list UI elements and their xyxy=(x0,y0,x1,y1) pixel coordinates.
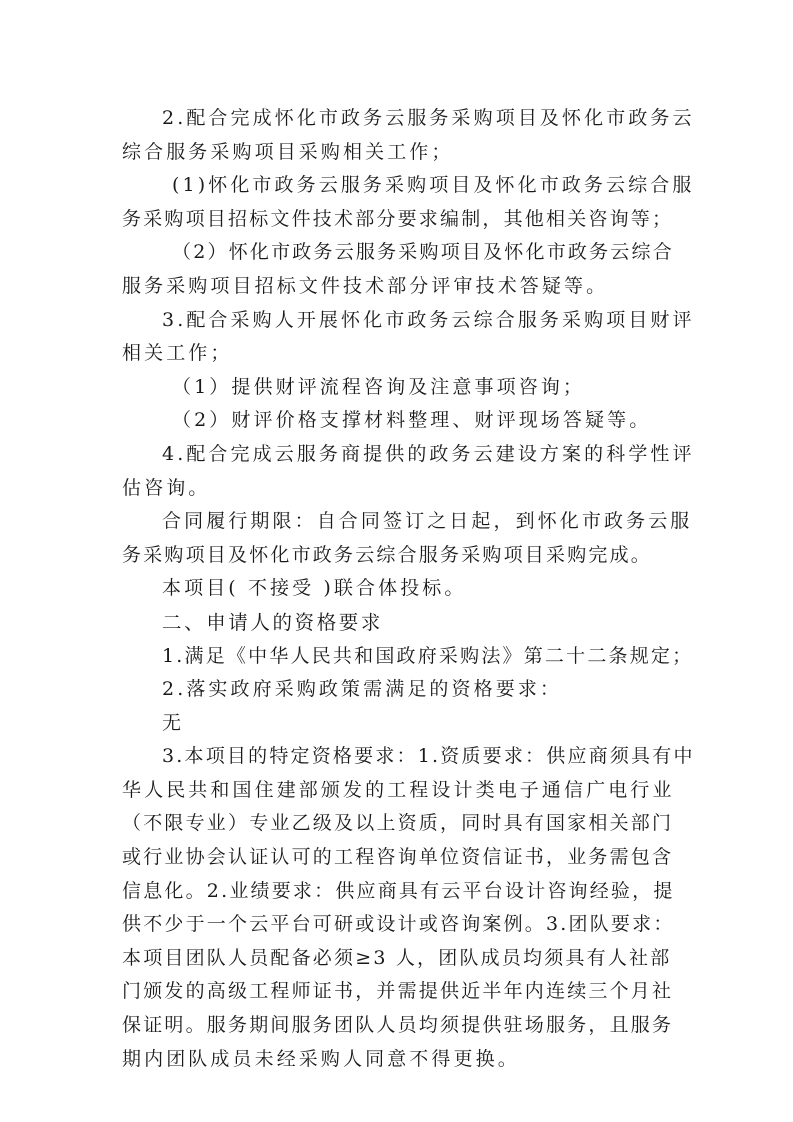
paragraph-line: 相关工作； xyxy=(122,337,674,371)
paragraph-line: 合同履行期限：自合同签订之日起，到怀化市政务云服 xyxy=(122,505,674,539)
paragraph-line: 综合服务采购项目采购相关工作； xyxy=(122,136,674,170)
paragraph-line: 保证明。服务期间服务团队人员均须提供驻场服务，且服务 xyxy=(122,1009,674,1043)
paragraph-line: 华人民共和国住建部颁发的工程设计类电子通信广电行业 xyxy=(122,774,674,808)
paragraph-line: 本项目团队人员配备必须≥3 人，团队成员均须具有人社部 xyxy=(122,942,674,976)
paragraph-line: (1)怀化市政务云服务采购项目及怀化市政务云综合服 xyxy=(122,169,674,203)
paragraph-line: 信息化。2.业绩要求：供应商具有云平台设计咨询经验，提 xyxy=(122,875,674,909)
paragraph-line: （1）提供财评流程咨询及注意事项咨询； xyxy=(122,371,674,405)
paragraph-line: 1.满足《中华人民共和国政府采购法》第二十二条规定； xyxy=(122,640,674,674)
paragraph-line: 3.配合采购人开展怀化市政务云综合服务采购项目财评 xyxy=(122,304,674,338)
paragraph-line: 务采购项目及怀化市政务云综合服务采购项目采购完成。 xyxy=(122,539,674,573)
paragraph-line: 或行业协会认证认可的工程咨询单位资信证书，业务需包含 xyxy=(122,841,674,875)
paragraph-line: 2.配合完成怀化市政务云服务采购项目及怀化市政务云 xyxy=(122,102,674,136)
paragraph-line: 务采购项目招标文件技术部分要求编制，其他相关咨询等； xyxy=(122,203,674,237)
paragraph-line: 4.配合完成云服务商提供的政务云建设方案的科学性评 xyxy=(122,438,674,472)
paragraph-line: 3.本项目的特定资格要求：1.资质要求：供应商须具有中 xyxy=(122,740,674,774)
paragraph-line: 供不少于一个云平台可研或设计或咨询案例。3.团队要求： xyxy=(122,908,674,942)
section-heading: 二、申请人的资格要求 xyxy=(122,606,674,640)
document-page: 2.配合完成怀化市政务云服务采购项目及怀化市政务云 综合服务采购项目采购相关工作… xyxy=(122,102,674,1076)
paragraph-line: 门颁发的高级工程师证书，并需提供近半年内连续三个月社 xyxy=(122,975,674,1009)
paragraph-line: 本项目( 不接受 )联合体投标。 xyxy=(122,572,674,606)
paragraph-line: 服务采购项目招标文件技术部分评审技术答疑等。 xyxy=(122,270,674,304)
paragraph-line: （不限专业）专业乙级及以上资质，同时具有国家相关部门 xyxy=(122,807,674,841)
paragraph-line: 估咨询。 xyxy=(122,472,674,506)
paragraph-line: （2）财评价格支撑材料整理、财评现场答疑等。 xyxy=(122,404,674,438)
paragraph-line: 无 xyxy=(122,707,674,741)
paragraph-line: （2）怀化市政务云服务采购项目及怀化市政务云综合 xyxy=(122,236,674,270)
paragraph-line: 期内团队成员未经采购人同意不得更换。 xyxy=(122,1043,674,1077)
paragraph-line: 2.落实政府采购政策需满足的资格要求： xyxy=(122,673,674,707)
